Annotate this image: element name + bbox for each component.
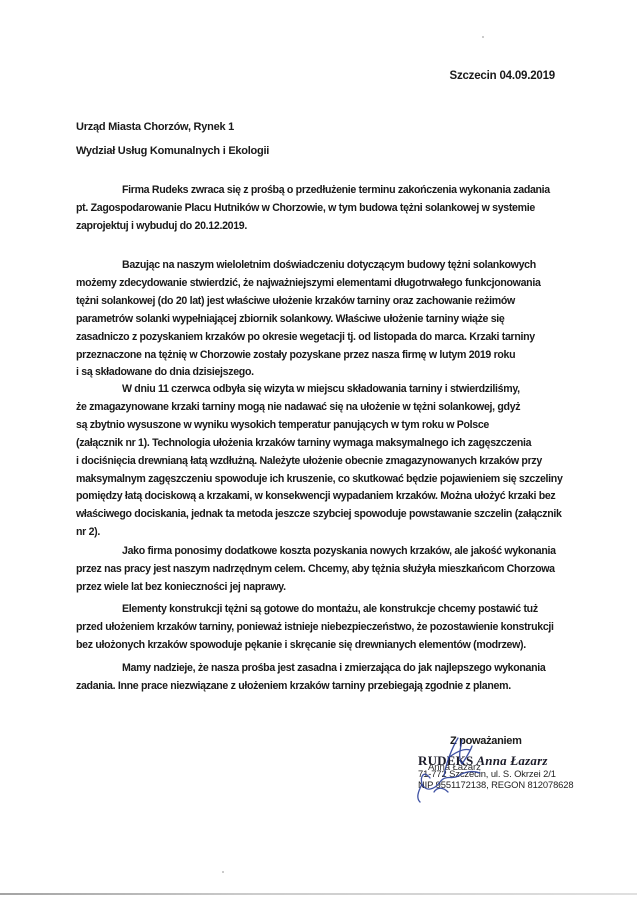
paragraph-line: zaprojektuj i wybuduj do 20.12.2019. (76, 218, 562, 236)
paragraph-line: przez nas pracy jest naszym nadrzędnym c… (76, 561, 562, 579)
paragraph-costs: Jako firma ponosimy dodatkowe koszta poz… (76, 543, 562, 597)
paragraph-line: pomiędzy łatą dociskową a krzakami, w ko… (76, 488, 562, 506)
paragraph-line: przez wiele lat bez konieczności jej nap… (76, 579, 562, 597)
scan-speck (222, 871, 224, 873)
paragraph-line: są zbytnio wysuszone w wyniku wysokich t… (76, 417, 562, 435)
recipient-office: Urząd Miasta Chorzów, Rynek 1 (76, 121, 234, 133)
stamp-ids: NIP 9551172138, REGON 812078628 (418, 779, 588, 790)
paragraph-line: i są składowane do dnia dzisiejszego. (76, 364, 562, 382)
scan-speck (482, 36, 484, 38)
paragraph-line: (załącznik nr 1). Technologia ułożenia k… (76, 435, 562, 453)
paragraph-line: przeznaczone na tężnię w Chorzowie zosta… (76, 347, 562, 365)
paragraph-line: pt. Zagospodarowanie Placu Hutników w Ch… (76, 200, 562, 218)
paragraph-line: W dniu 11 czerwca odbyła się wizyta w mi… (76, 381, 562, 399)
paragraph-inspection: W dniu 11 czerwca odbyła się wizyta w mi… (76, 381, 562, 542)
paragraph-line: Elementy konstrukcji tężni są gotowe do … (76, 601, 562, 619)
paragraph-line: przed ułożeniem krzaków tarniny, poniewa… (76, 619, 562, 637)
paragraph-line: nr 2). (76, 524, 562, 542)
paragraph-line: zasadniczo z pozyskaniem krzaków po okre… (76, 329, 562, 347)
letter-page: Szczecin 04.09.2019 Urząd Miasta Chorzów… (0, 0, 637, 900)
paragraph-construction: Elementy konstrukcji tężni są gotowe do … (76, 601, 562, 655)
closing-salutation: Z poważaniem (450, 735, 522, 747)
stamp-address-line: 71-772 Szczecin, ul. S. Okrzei 2/1 Anna … (418, 768, 588, 779)
paragraph-request: Firma Rudeks zwraca się z prośbą o przed… (76, 182, 562, 236)
paragraph-line: maksymalnym zagęszczeniu spowoduje ich k… (76, 471, 562, 489)
paragraph-line: Mamy nadzieje, że nasza prośba jest zasa… (76, 660, 562, 678)
paragraph-line: zadania. Inne prace niezwiązane z ułożen… (76, 678, 562, 696)
paragraph-line: tężni solankowej (do 20 lat) jest właści… (76, 293, 562, 311)
paragraph-experience: Bazując na naszym wieloletnim doświadcze… (76, 257, 562, 382)
paragraph-line: że zmagazynowane krzaki tarniny mogą nie… (76, 399, 562, 417)
paragraph-line: bez ułożonych krzaków spowoduje pękanie … (76, 637, 562, 655)
paragraph-line: parametrów solanki wypełniającej zbiorni… (76, 311, 562, 329)
paragraph-line: Bazując na naszym wieloletnim doświadcze… (76, 257, 562, 275)
stamp-person: Anna Łazarz (476, 753, 547, 768)
stamp-overprint-name: Anna Łazarz (428, 762, 481, 773)
paragraph-line: i dociśnięcia drewnianą łatą wzdłużną. N… (76, 453, 562, 471)
recipient-department: Wydział Usług Komunalnych i Ekologii (76, 145, 269, 157)
place-date: Szczecin 04.09.2019 (449, 70, 555, 82)
paragraph-line: Jako firma ponosimy dodatkowe koszta poz… (76, 543, 562, 561)
paragraph-line: Firma Rudeks zwraca się z prośbą o przed… (76, 182, 562, 200)
scan-edge-line (0, 893, 637, 895)
paragraph-line: możemy zdecydowanie stwierdzić, że najwa… (76, 275, 562, 293)
paragraph-line: właściwego dociskania, jednak ta metoda … (76, 506, 562, 524)
company-stamp: RUDEKSAnna Łazarz 71-772 Szczecin, ul. S… (418, 754, 588, 790)
paragraph-conclusion: Mamy nadzieje, że nasza prośba jest zasa… (76, 660, 562, 696)
